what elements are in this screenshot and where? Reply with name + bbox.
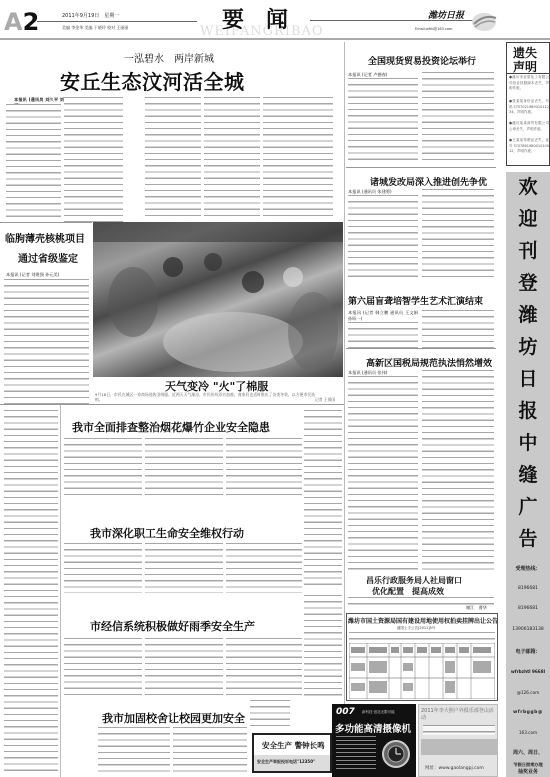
photo-caption: 天气变冷 "火"了棉服 9月18日，市民在城区一家商场选购羽绒服。近两天天气渐凉… bbox=[93, 378, 343, 404]
lead-body-col3 bbox=[145, 97, 201, 217]
paper-emblem-icon bbox=[470, 12, 498, 32]
land-auction-notice: 潍坊市国土资源局国有建设用地使用权拍卖挂牌出让公告 潍国土字公告[2011]5号 bbox=[346, 613, 498, 701]
section-title: 要 闻 bbox=[222, 3, 288, 34]
story-fireworks: 我市全面排查整治烟花爆竹企业安全隐患 bbox=[62, 405, 302, 505]
email-address[interactable]: wfrbggb@ bbox=[506, 710, 550, 715]
lead-body-col4 bbox=[204, 97, 260, 217]
sidebar-char: 中 bbox=[506, 434, 550, 453]
hotline-phone[interactable]: 13906183138 bbox=[506, 627, 550, 632]
hitech-tax-body-2 bbox=[422, 370, 494, 571]
fireworks-body-2 bbox=[145, 438, 223, 500]
workers-body-1 bbox=[64, 543, 142, 593]
sidebar-char: 登 bbox=[506, 274, 550, 293]
changle-credit: 谢江 曹华 bbox=[466, 605, 496, 611]
sidebar-char: 迎 bbox=[506, 210, 550, 229]
notice-table bbox=[349, 643, 495, 699]
photo-caption-text: 9月18日，市民在城区一家商场选购羽绒服。近两天天气渐凉，市民纷纷添衣加被。商家… bbox=[95, 392, 315, 404]
fireworks-headline: 我市全面排查整治烟花爆竹企业安全隐患 bbox=[72, 419, 270, 435]
issue-date: 2011年9月19日 星期一 bbox=[62, 12, 119, 19]
safety-ad[interactable]: 安全生产 警钟长鸣 安全生产举报投诉电话"12350" bbox=[252, 733, 332, 773]
workers-body-3 bbox=[226, 543, 302, 593]
story-spot-trade: 全国现货贸易投资论坛举行 本报讯 (记者 卢德春) bbox=[346, 42, 496, 167]
school-side-col bbox=[250, 700, 290, 730]
left-briefs-col bbox=[4, 410, 58, 772]
linqu-headline-1: 临朐薄壳核桃项目 bbox=[5, 230, 85, 245]
lead-body-col5 bbox=[263, 97, 333, 217]
school-body-1 bbox=[98, 727, 170, 775]
notice-subtitle: 潍国土字公告[2011]5号 bbox=[397, 626, 435, 631]
safety-ad-title: 安全生产 警钟长鸣 bbox=[262, 740, 325, 751]
lost-notice-item: ●王某某驾驶证丢失，证号370786198001010012，声明作废。 bbox=[509, 138, 549, 165]
story-changle: 昌乐行政服务局人社局窗口 优化配置 提高成效 谢江 曹华 bbox=[346, 573, 496, 613]
story-zhucheng: 诸城发改局深入推进创先争优 本报讯 (通讯员 朱建勇) bbox=[346, 167, 496, 282]
story-hitech-tax: 高新区国税局规范执法悄然增效 本报讯 (通讯员 张伟) bbox=[346, 348, 496, 573]
hotline-phone[interactable]: 8196681 bbox=[506, 606, 550, 611]
spot-trade-body-1 bbox=[348, 78, 418, 164]
fireworks-side-col bbox=[304, 410, 342, 590]
outdoor-ad-title: 2011年李大照户外俱乐部登山活动 bbox=[421, 708, 497, 722]
workers-body-2 bbox=[145, 543, 223, 593]
lead-kicker: 一泓碧水 两岸新城 bbox=[124, 50, 214, 65]
rainy-side-col bbox=[304, 595, 342, 700]
sidebar-char: 刊 bbox=[506, 242, 550, 261]
changle-headline-2: 优化配置 提高成效 bbox=[372, 586, 444, 597]
school-headline: 我市加固校舍让校园更加安全 bbox=[102, 710, 245, 726]
story-rainy-season: 市经信系统积极做好雨季安全生产 bbox=[62, 590, 302, 700]
lost-notice-item: ●张某某身份证丢失，号码370702198901011234，声明作废。 bbox=[509, 99, 549, 121]
spot-trade-body-2 bbox=[422, 72, 494, 164]
story-linqu: 临朐薄壳核桃项目 通过省级鉴定 本报讯 (记者 刘建强 孙元美) bbox=[0, 222, 92, 402]
zhucheng-headline: 诸城发改局深入推进创先争优 bbox=[370, 175, 487, 188]
cotton-clothing-photo bbox=[93, 222, 343, 377]
email-address[interactable]: wfrbzhtl 9668l bbox=[506, 669, 550, 674]
story-workers: 我市深化职工生命安全维权行动 bbox=[62, 505, 302, 590]
sidebar-char: 缝 bbox=[506, 466, 550, 485]
rainy-body-2 bbox=[145, 638, 223, 696]
hotline-label: 受理热线： bbox=[506, 565, 550, 572]
arts-show-body-2 bbox=[422, 310, 494, 352]
zhucheng-body-1 bbox=[348, 195, 418, 280]
sidebar-char: 日 bbox=[506, 370, 550, 389]
sidebar-char: 报 bbox=[506, 402, 550, 421]
lead-byline: 本报讯 (通讯员 刘久平 刘强) bbox=[14, 97, 64, 104]
email-label: 电子邮箱： bbox=[506, 648, 550, 655]
fireworks-body-3 bbox=[226, 438, 302, 500]
linqu-byline: 本报讯 (记者 刘建强 孙元美) bbox=[6, 272, 91, 279]
lost-notice-item: ●潍坊某某商贸有限公司公章丢失，声明作废。 bbox=[509, 121, 549, 138]
rainy-body-1 bbox=[64, 638, 142, 696]
email: Email:wfrb@163.com bbox=[415, 27, 452, 31]
lost-notice-item: ●潍坊市亚星化工有限公司营业执照副本丢失，声明作废。 bbox=[509, 75, 549, 99]
arts-show-headline: 第六届盲聋培智学生艺术汇演结束 bbox=[348, 294, 483, 307]
lead-body-col2 bbox=[64, 97, 123, 222]
story-school: 我市加固校舍让校园更加安全 bbox=[62, 700, 247, 777]
sidebar-footer-note: 抽奖业务 bbox=[506, 768, 550, 775]
hitech-tax-headline: 高新区国税局规范执法悄然增效 bbox=[366, 356, 492, 369]
paper-logo: 潍坊日报 bbox=[428, 8, 464, 21]
story-arts-show: 第六届盲聋培智学生艺术汇演结束 本报讯 (记者 韩立鹏 通讯员 王文娟 孙昕一) bbox=[346, 282, 496, 347]
email-address[interactable]: 163.com bbox=[506, 730, 550, 735]
rainy-body-3 bbox=[226, 638, 302, 696]
zhucheng-body-2 bbox=[422, 189, 494, 280]
lead-story: 一泓碧水 两岸新城 安丘生态汶河活全城 本报讯 (通讯员 刘久平 刘强) bbox=[0, 42, 340, 212]
safety-ad-subtitle: 安全生产举报投诉电话"12350" bbox=[257, 759, 315, 765]
lost-notice: 遗失 声明 ●潍坊市亚星化工有限公司营业执照副本丢失，声明作废。 ●张某某身份证… bbox=[506, 42, 550, 166]
page-number: A2 bbox=[4, 8, 39, 36]
camera-brand: 007 bbox=[336, 707, 355, 717]
outdoor-club-ad[interactable]: 2011年李大照户外俱乐部登山活动 网址：www.gaolangpj.com bbox=[418, 704, 498, 777]
camera-slogan: 新科技·创造无限可能 bbox=[362, 710, 395, 715]
masthead: A2 2011年9月19日 星期一 美编 李金华 美编 于晓玲 校对 王丽丽 W… bbox=[0, 0, 550, 42]
rainy-headline: 市经信系统积极做好雨季安全生产 bbox=[90, 618, 255, 634]
sidebar-char: 潍 bbox=[506, 306, 550, 325]
hitech-tax-body-1 bbox=[348, 376, 418, 571]
email-address[interactable]: @126.com bbox=[506, 690, 550, 695]
linqu-body bbox=[4, 279, 89, 404]
office-hours-note: 周六、周日、 bbox=[506, 749, 550, 756]
sidebar-char: 告 bbox=[506, 530, 550, 549]
arts-show-byline: 本报讯 (记者 韩立鹏 通讯员 王文娟 孙昕一) bbox=[348, 310, 418, 322]
camera-title: 多功能高清摄像机 bbox=[335, 721, 411, 735]
lead-body-col1 bbox=[6, 104, 61, 222]
sidebar-char: 坊 bbox=[506, 338, 550, 357]
editors: 美编 李金华 美编 于晓玲 校对 王丽丽 bbox=[62, 25, 128, 31]
hotline-phone[interactable]: 8196681 bbox=[506, 586, 550, 591]
workers-headline: 我市深化职工生命安全维权行动 bbox=[90, 525, 244, 541]
camera-ad[interactable]: 007 新科技·创造无限可能 多功能高清摄像机 bbox=[332, 704, 416, 777]
linqu-headline-2: 通过省级鉴定 bbox=[18, 250, 78, 265]
sidebar-char: 广 bbox=[506, 498, 550, 517]
photo-credit: 记者 王保国 bbox=[315, 397, 343, 403]
school-body-2 bbox=[173, 727, 247, 775]
lead-headline: 安丘生态汶河活全城 bbox=[60, 66, 245, 95]
notice-title: 潍坊市国土资源局国有建设用地使用权拍卖挂牌出让公告 bbox=[348, 616, 498, 625]
outdoor-ad-url[interactable]: 网址：www.gaolangpj.com bbox=[425, 765, 484, 771]
classified-ad-sidebar[interactable]: 欢 迎 刊 登 潍 坊 日 报 中 缝 广 告 受理热线： 8196681 81… bbox=[506, 172, 550, 777]
watch-camera-icon bbox=[380, 738, 412, 770]
spot-trade-headline: 全国现货贸易投资论坛举行 bbox=[368, 54, 476, 67]
sidebar-char: 欢 bbox=[506, 178, 550, 197]
changle-headline-1: 昌乐行政服务局人社局窗口 bbox=[366, 575, 462, 586]
fireworks-body-1 bbox=[64, 438, 142, 500]
